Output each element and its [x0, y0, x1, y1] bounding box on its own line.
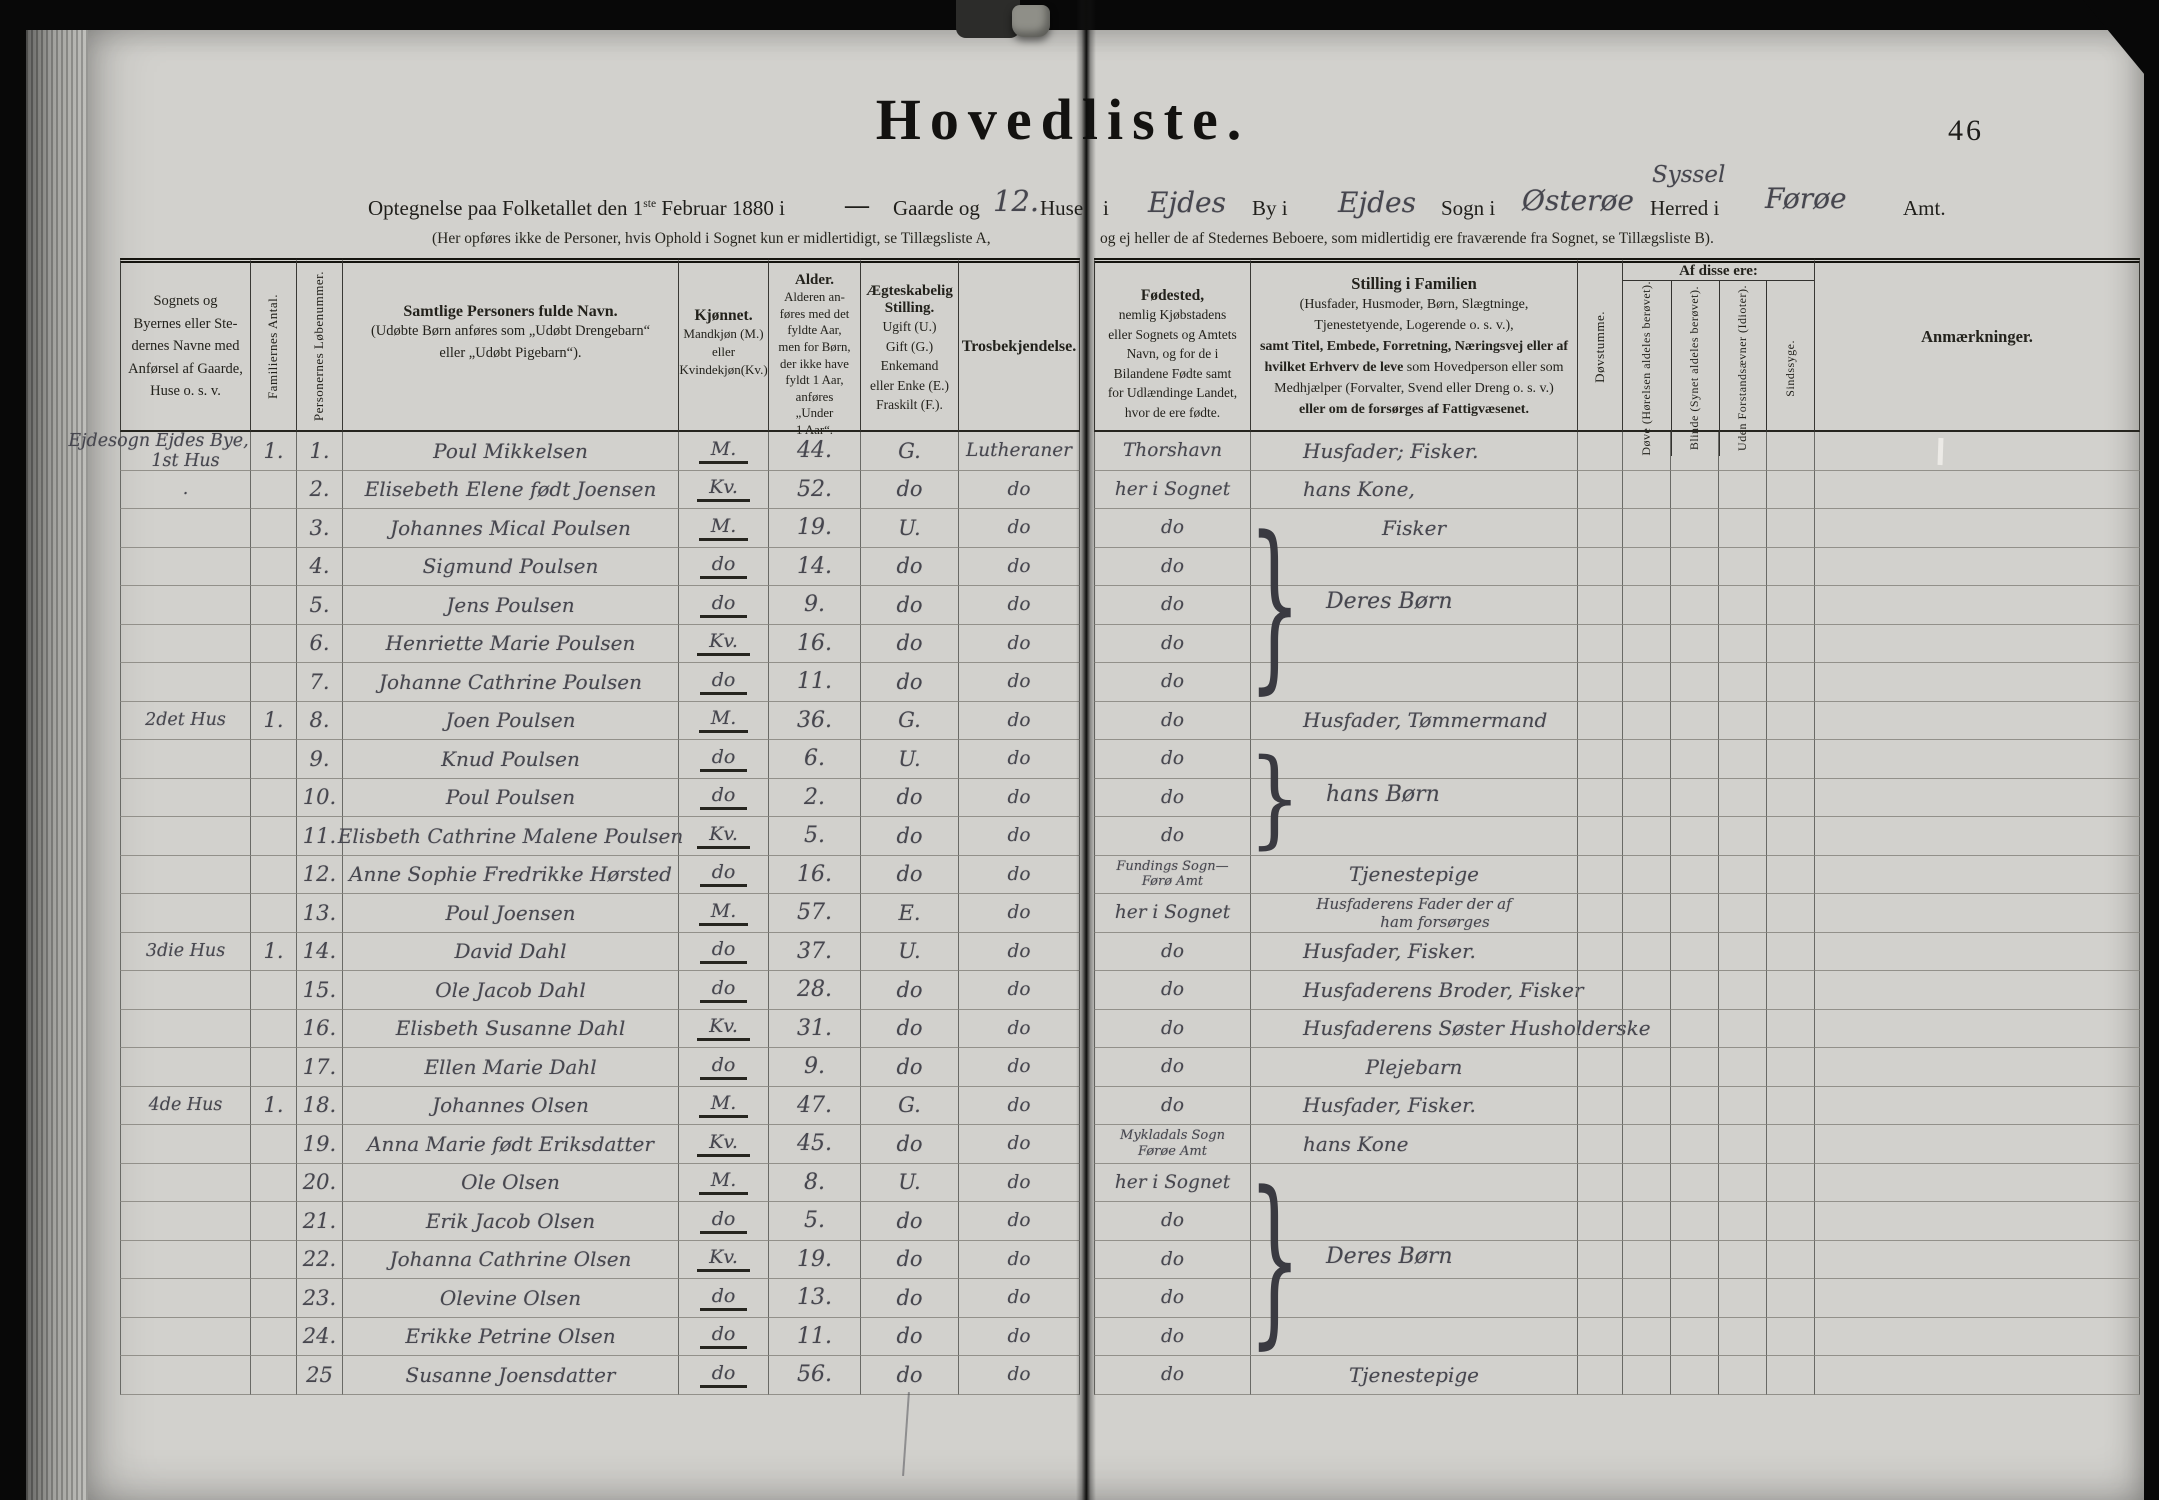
cell-sex: Kv. — [678, 1125, 768, 1164]
cell-fam — [250, 1164, 296, 1203]
cell-fam — [250, 817, 296, 856]
cell-n1 — [1622, 740, 1670, 779]
header-line: føres med det — [780, 306, 850, 323]
header-title: Alder. — [795, 272, 834, 289]
group-label: hans Børn — [1326, 782, 1440, 807]
cell-n2 — [1670, 509, 1718, 548]
cell-n3 — [1718, 740, 1766, 779]
cell-n3 — [1718, 702, 1766, 741]
cell-sex: do — [678, 971, 768, 1010]
cell-rel: do — [958, 1010, 1080, 1049]
header-line: Gift (G.) — [886, 337, 933, 357]
cell-pos: Tjenestepige — [1250, 856, 1577, 895]
cell-n3 — [1718, 894, 1766, 933]
cell-born: do — [1094, 1048, 1250, 1087]
cell-n1 — [1622, 1241, 1670, 1280]
cell-place — [120, 1048, 250, 1087]
cell-anm — [1814, 586, 2140, 625]
cell-n3 — [1718, 471, 1766, 510]
form-line-i: i — [1103, 196, 1109, 221]
cell-status: do — [860, 856, 958, 895]
cell-n4 — [1766, 971, 1814, 1010]
group-label: Deres Børn — [1326, 589, 1453, 614]
cell-born: do — [1094, 740, 1250, 779]
cell-nr: 21. — [296, 1202, 342, 1241]
cell-dv — [1577, 1356, 1622, 1395]
col-header-idiot: Uden Forstandsævner (Idioter). — [1719, 281, 1767, 456]
header-line: men for Børn, — [778, 339, 850, 356]
cell-age: 44. — [768, 432, 860, 471]
cell-sex: Kv. — [678, 1010, 768, 1049]
cell-status: G. — [860, 432, 958, 471]
cell-n4 — [1766, 1125, 1814, 1164]
cell-fam — [250, 1010, 296, 1049]
cell-anm — [1814, 702, 2140, 741]
header-line: (Udøbte Børn anføres som „Udøbt Drengeba… — [371, 321, 650, 343]
cell-rel: do — [958, 1241, 1080, 1280]
table-row: 3.Johannes Mical PoulsenM.19.U.dodoFiske… — [120, 509, 2140, 548]
cell-place — [120, 625, 250, 664]
table-row: 21.Erik Jacob Olsendo5.dododo — [120, 1202, 2140, 1241]
handwritten-syssel: Syssel — [1652, 162, 1725, 188]
cell-name: Elisbeth Susanne Dahl — [342, 1010, 678, 1049]
cell-pos: Husfader, Fisker. — [1250, 1087, 1577, 1126]
cell-sex: M. — [678, 432, 768, 471]
cell-name: Olevine Olsen — [342, 1279, 678, 1318]
header-line: Byernes eller Ste- — [134, 313, 238, 335]
header-line: Alderen an- — [784, 289, 845, 306]
table-row: 7.Johanne Cathrine Poulsendo11.dododo — [120, 663, 2140, 702]
cell-anm — [1814, 548, 2140, 587]
cell-n2 — [1670, 1279, 1718, 1318]
cell-status: E. — [860, 894, 958, 933]
cell-n2 — [1670, 740, 1718, 779]
header-line: Mandkjøn (M.) — [683, 325, 763, 343]
cell-anm — [1814, 1241, 2140, 1280]
cell-n3 — [1718, 1241, 1766, 1280]
cell-n1 — [1622, 1279, 1670, 1318]
cell-age: 11. — [768, 1318, 860, 1357]
cell-sex: M. — [678, 509, 768, 548]
handwritten-amt-name: Førøe — [1765, 182, 1847, 215]
cell-status: do — [860, 1356, 958, 1395]
cell-anm — [1814, 1087, 2140, 1126]
form-line-superscript: ste — [643, 198, 656, 210]
cell-age: 19. — [768, 509, 860, 548]
cell-fam: 1. — [250, 933, 296, 972]
cell-dv — [1577, 1164, 1622, 1203]
cell-status: do — [860, 779, 958, 818]
of-these-columns: Døve (Hørelsen aldeles berøvet). Blinde … — [1623, 281, 1814, 456]
cell-sex: Kv. — [678, 817, 768, 856]
header-line: anføres — [796, 389, 834, 406]
cell-anm — [1814, 1048, 2140, 1087]
cell-n4 — [1766, 1010, 1814, 1049]
cell-born: her i Sognet — [1094, 1164, 1250, 1203]
col-header-age: Alder. Alderen an- føres med det fyldte … — [768, 258, 860, 432]
col-header-person-number: Personernes Løbenummer. — [296, 258, 342, 432]
header-title: Fødested, — [1141, 287, 1204, 305]
cell-age: 13. — [768, 1279, 860, 1318]
cell-fam — [250, 1125, 296, 1164]
cell-n1 — [1622, 779, 1670, 818]
cell-rel: do — [958, 702, 1080, 741]
cell-nr: 2. — [296, 471, 342, 510]
form-line-opening: Optegnelse paa Folketallet den 1ste Febr… — [368, 196, 785, 221]
header-line: Sognets og — [153, 290, 217, 312]
cell-n1 — [1622, 1125, 1670, 1164]
table-row: 12.Anne Sophie Fredrikke Hørsteddo16.dod… — [120, 856, 2140, 895]
cell-n2 — [1670, 471, 1718, 510]
cell-n2 — [1670, 1318, 1718, 1357]
form-line-amt: Amt. — [1903, 196, 1946, 221]
exclusion-note-left: (Her opføres ikke de Personer, hvis Opho… — [432, 230, 991, 248]
table-row: 4de Hus1.18.Johannes OlsenM.47.G.dodoHus… — [120, 1087, 2140, 1126]
cell-rel: do — [958, 740, 1080, 779]
cell-dv — [1577, 471, 1622, 510]
cell-sex: do — [678, 1202, 768, 1241]
cell-rel: do — [958, 856, 1080, 895]
header-line: Ugift (U.) — [883, 317, 937, 337]
cell-status: do — [860, 1048, 958, 1087]
cell-age: 9. — [768, 1048, 860, 1087]
cell-pos: Husfaderens Søster Husholderske — [1250, 1010, 1577, 1049]
form-line-text: Optegnelse paa Folketallet den 1 — [368, 196, 643, 220]
cell-fam: 1. — [250, 1087, 296, 1126]
cell-rel: do — [958, 509, 1080, 548]
cell-fam: 1. — [250, 432, 296, 471]
cell-born: do — [1094, 1318, 1250, 1357]
header-line: eller „Udøbt Pigebarn“). — [439, 343, 581, 365]
cell-name: Elisbeth Cathrine Malene Poulsen — [342, 817, 678, 856]
cell-name: Jens Poulsen — [342, 586, 678, 625]
cell-pos — [1250, 1318, 1577, 1357]
cell-n2 — [1670, 432, 1718, 471]
cell-name: Ellen Marie Dahl — [342, 1048, 678, 1087]
table-row: 6.Henriette Marie PoulsenKv.16.dododo — [120, 625, 2140, 664]
col-header-family-count: Familiernes Antal. — [250, 258, 296, 432]
cell-anm — [1814, 1202, 2140, 1241]
cell-dv — [1577, 1010, 1622, 1049]
cell-nr: 6. — [296, 625, 342, 664]
header-line: Bilandene Fødte samt — [1114, 364, 1232, 384]
cell-nr: 19. — [296, 1125, 342, 1164]
cell-born: do — [1094, 1241, 1250, 1280]
cell-n4 — [1766, 740, 1814, 779]
cell-nr: 13. — [296, 894, 342, 933]
cell-dv — [1577, 548, 1622, 587]
table-row: 13.Poul JoensenM.57.E.doher i SognetHusf… — [120, 894, 2140, 933]
cell-dv — [1577, 625, 1622, 664]
cell-sex: do — [678, 663, 768, 702]
cell-status: do — [860, 548, 958, 587]
book-clamp — [956, 0, 1020, 38]
vertical-label: Sindssyge. — [1784, 340, 1798, 397]
cell-rel: do — [958, 971, 1080, 1010]
cell-n2 — [1670, 1010, 1718, 1049]
cell-sex: do — [678, 933, 768, 972]
cell-dv — [1577, 933, 1622, 972]
cell-pos: Husfader, Tømmermand — [1250, 702, 1577, 741]
cell-rel: do — [958, 1318, 1080, 1357]
cell-n3 — [1718, 1318, 1766, 1357]
cell-dv — [1577, 817, 1622, 856]
cell-n1 — [1622, 971, 1670, 1010]
cell-fam — [250, 740, 296, 779]
col-header-blind: Blinde (Synet aldeles berøvet). — [1671, 281, 1719, 456]
header-line: Navn, og for de i — [1127, 344, 1219, 364]
cell-place — [120, 509, 250, 548]
header-title: Samtlige Personers fulde Navn. — [403, 303, 617, 321]
cell-rel: do — [958, 471, 1080, 510]
cell-n3 — [1718, 856, 1766, 895]
cell-anm — [1814, 509, 2140, 548]
cell-fam — [250, 1241, 296, 1280]
table-row: 19.Anna Marie født EriksdatterKv.45.dodo… — [120, 1125, 2140, 1164]
table-row: 22.Johanna Cathrine OlsenKv.19.dododo — [120, 1241, 2140, 1280]
cell-n2 — [1670, 1048, 1718, 1087]
table-row: 15.Ole Jacob Dahldo28.dododoHusfaderens … — [120, 971, 2140, 1010]
cell-n3 — [1718, 1164, 1766, 1203]
vertical-label: Døve (Hørelsen aldeles berøvet). — [1640, 281, 1654, 456]
cell-born: do — [1094, 586, 1250, 625]
cell-n3 — [1718, 817, 1766, 856]
cell-n4 — [1766, 1202, 1814, 1241]
cell-born: do — [1094, 817, 1250, 856]
cell-fam — [250, 625, 296, 664]
cell-n1 — [1622, 586, 1670, 625]
cell-place: 2det Hus — [120, 702, 250, 741]
cell-age: 57. — [768, 894, 860, 933]
cell-age: 37. — [768, 933, 860, 972]
cell-name: Erik Jacob Olsen — [342, 1202, 678, 1241]
vertical-label: Blinde (Synet aldeles berøvet). — [1688, 286, 1702, 450]
cell-n3 — [1718, 1202, 1766, 1241]
header-title: Ægteskabelig — [866, 283, 953, 300]
cell-n2 — [1670, 933, 1718, 972]
cell-n4 — [1766, 625, 1814, 664]
cell-rel: do — [958, 1202, 1080, 1241]
cell-nr: 15. — [296, 971, 342, 1010]
header-line: eller om de forsørges af Fattigvæsenet. — [1299, 399, 1529, 420]
cell-place: . — [120, 471, 250, 510]
cell-fam — [250, 1356, 296, 1395]
header-line: fyldt 1 Aar, — [785, 372, 843, 389]
cell-name: Susanne Joensdatter — [342, 1356, 678, 1395]
cell-age: 36. — [768, 702, 860, 741]
header-title: Kjønnet. — [694, 307, 752, 325]
cell-age: 16. — [768, 856, 860, 895]
cell-n3 — [1718, 971, 1766, 1010]
cell-rel: do — [958, 779, 1080, 818]
col-header-remarks: Anmærkninger. — [1814, 258, 2140, 432]
col-header-religion: Trosbekjendelse. — [958, 258, 1080, 432]
cell-n4 — [1766, 933, 1814, 972]
cell-rel: Lutheraner — [958, 432, 1080, 471]
cell-dv — [1577, 779, 1622, 818]
cell-place — [120, 1356, 250, 1395]
cell-born: her i Sognet — [1094, 894, 1250, 933]
cell-place — [120, 1010, 250, 1049]
cell-rel: do — [958, 817, 1080, 856]
cell-born: do — [1094, 702, 1250, 741]
cell-rel: do — [958, 1087, 1080, 1126]
cell-born: do — [1094, 1010, 1250, 1049]
col-header-sex: Kjønnet. Mandkjøn (M.) eller Kvindekjøn(… — [678, 258, 768, 432]
cell-n1 — [1622, 702, 1670, 741]
exclusion-note-right: og ej heller de af Stedernes Beboere, so… — [1100, 230, 1714, 248]
cell-n4 — [1766, 894, 1814, 933]
header-line: eller Enke (E.) — [870, 376, 949, 396]
cell-n4 — [1766, 1241, 1814, 1280]
cell-dv — [1577, 1318, 1622, 1357]
cell-name: Sigmund Poulsen — [342, 548, 678, 587]
cell-status: do — [860, 1202, 958, 1241]
cell-n2 — [1670, 548, 1718, 587]
page-number: 46 — [1948, 114, 1984, 148]
cell-name: Joen Poulsen — [342, 702, 678, 741]
cell-dv — [1577, 971, 1622, 1010]
cell-fam — [250, 548, 296, 587]
handwritten-by-name: Ejdes — [1148, 186, 1226, 219]
cell-anm — [1814, 1279, 2140, 1318]
cell-sex: do — [678, 856, 768, 895]
cell-status: U. — [860, 740, 958, 779]
cell-place — [120, 586, 250, 625]
cell-n4 — [1766, 1087, 1814, 1126]
header-line: Kvindekjøn(Kv.) — [679, 361, 767, 379]
cell-n2 — [1670, 817, 1718, 856]
cell-n4 — [1766, 548, 1814, 587]
cell-age: 8. — [768, 1164, 860, 1203]
cell-pos: hans Kone — [1250, 1125, 1577, 1164]
scanned-census-book-photo: Hovedliste. 46 Optegnelse paa Folketalle… — [0, 0, 2159, 1500]
cell-status: do — [860, 663, 958, 702]
cell-name: Ole Olsen — [342, 1164, 678, 1203]
cell-nr: 25 — [296, 1356, 342, 1395]
cell-name: Poul Mikkelsen — [342, 432, 678, 471]
cell-sex: do — [678, 1048, 768, 1087]
table-row: 2det Hus1.8.Joen PoulsenM.36.G.dodoHusfa… — [120, 702, 2140, 741]
header-title: Trosbekjendelse. — [962, 338, 1077, 356]
cell-pos — [1250, 1164, 1577, 1203]
cell-nr: 10. — [296, 779, 342, 818]
header-line: der ikke have — [780, 356, 849, 373]
cell-n1 — [1622, 1202, 1670, 1241]
cell-pos — [1250, 625, 1577, 664]
cell-place — [120, 779, 250, 818]
cell-n2 — [1670, 894, 1718, 933]
cell-sex: do — [678, 740, 768, 779]
header-line: hvor de ere fødte. — [1125, 403, 1220, 423]
cell-place — [120, 817, 250, 856]
header-line-plain: som Hovedperson eller som — [1403, 360, 1563, 375]
col-header-birthplace: Fødested, nemlig Kjøbstadens eller Sogne… — [1094, 258, 1250, 432]
header-line: nemlig Kjøbstadens — [1119, 305, 1227, 325]
cell-n1 — [1622, 1356, 1670, 1395]
group-label: Deres Børn — [1326, 1244, 1453, 1269]
cell-n4 — [1766, 586, 1814, 625]
cell-status: U. — [860, 1164, 958, 1203]
cell-pos — [1250, 817, 1577, 856]
cell-n4 — [1766, 856, 1814, 895]
cell-fam — [250, 471, 296, 510]
cell-n2 — [1670, 1087, 1718, 1126]
cell-sex: M. — [678, 702, 768, 741]
cell-name: Erikke Petrine Olsen — [342, 1318, 678, 1357]
scan-artifact — [1938, 438, 1944, 465]
cell-rel: do — [958, 663, 1080, 702]
cell-fam — [250, 894, 296, 933]
cell-anm — [1814, 779, 2140, 818]
cell-pos — [1250, 548, 1577, 587]
cell-n1 — [1622, 1048, 1670, 1087]
cell-status: do — [860, 586, 958, 625]
cell-name: Johanne Cathrine Poulsen — [342, 663, 678, 702]
cell-status: do — [860, 625, 958, 664]
table-row: 23.Olevine Olsendo13.dododo — [120, 1279, 2140, 1318]
col-header-place: Sognets og Byernes eller Ste- dernes Nav… — [120, 258, 250, 432]
cell-born: do — [1094, 548, 1250, 587]
cell-anm — [1814, 856, 2140, 895]
cell-n4 — [1766, 509, 1814, 548]
cell-age: 28. — [768, 971, 860, 1010]
cell-dv — [1577, 663, 1622, 702]
header-title: Stilling. — [885, 300, 935, 317]
col-header-marital: Ægteskabelig Stilling. Ugift (U.) Gift (… — [860, 258, 958, 432]
cell-anm — [1814, 432, 2140, 471]
handwritten-huse-count: 12. — [993, 184, 1039, 218]
cell-place: Ejdesogn Ejdes Bye,1st Hus — [120, 432, 250, 471]
cell-age: 11. — [768, 663, 860, 702]
header-line: Medhjælper (Forvalter, Svend eller Dreng… — [1274, 378, 1554, 399]
cell-born: her i Sognet — [1094, 471, 1250, 510]
cell-born: do — [1094, 663, 1250, 702]
header-line-bold: hvilket Erhverv de leve — [1264, 360, 1403, 375]
cell-anm — [1814, 971, 2140, 1010]
cell-n1 — [1622, 471, 1670, 510]
cell-age: 5. — [768, 1202, 860, 1241]
cell-n4 — [1766, 471, 1814, 510]
header-line: Fraskilt (F.). — [876, 395, 943, 415]
cell-n1 — [1622, 548, 1670, 587]
cell-status: do — [860, 1010, 958, 1049]
table-header: Sognets og Byernes eller Ste- dernes Nav… — [120, 258, 2140, 432]
cell-sex: M. — [678, 1087, 768, 1126]
vertical-label: Personernes Løbenummer. — [310, 271, 328, 421]
cell-born: do — [1094, 1279, 1250, 1318]
cell-age: 52. — [768, 471, 860, 510]
cell-n1 — [1622, 625, 1670, 664]
cell-dv — [1577, 1241, 1622, 1280]
cell-pos — [1250, 1202, 1577, 1241]
cell-n1 — [1622, 509, 1670, 548]
cell-n1 — [1622, 894, 1670, 933]
cell-anm — [1814, 625, 2140, 664]
cell-nr: 5. — [296, 586, 342, 625]
cell-born: do — [1094, 779, 1250, 818]
cell-born: do — [1094, 509, 1250, 548]
cell-anm — [1814, 894, 2140, 933]
cell-status: U. — [860, 509, 958, 548]
cell-fam — [250, 1279, 296, 1318]
cell-name: David Dahl — [342, 933, 678, 972]
cell-n3 — [1718, 1087, 1766, 1126]
cell-age: 6. — [768, 740, 860, 779]
col-header-deaf-mute: Døvstumme. — [1577, 258, 1622, 432]
cell-dv — [1577, 1202, 1622, 1241]
cell-n3 — [1718, 1048, 1766, 1087]
